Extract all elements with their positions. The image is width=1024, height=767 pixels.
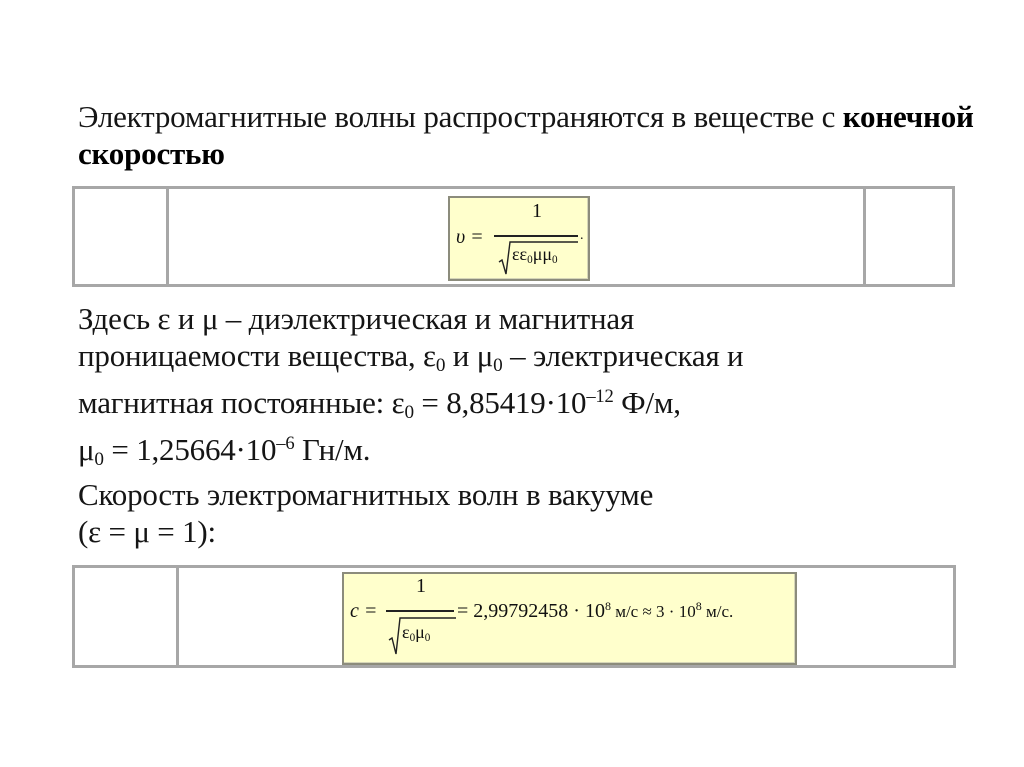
formula-lhs: υ =: [456, 226, 484, 249]
formula-radicand: εε0μμ0: [512, 244, 558, 266]
table-cell-left: [75, 189, 166, 284]
vacuum-line-1: Скорость электромагнитных волн в вакууме: [78, 476, 653, 513]
fraction-bar: [386, 610, 454, 612]
formula-table-1: υ = 1 . εε0μμ0: [72, 186, 955, 287]
formula-result: = 2,99792458 · 108 м/с ≈ 3 · 108 м/с.: [457, 600, 733, 623]
formula-radicand: ε0μ0: [402, 622, 430, 644]
constants-line-4: μ0 = 1,25664·10–6 Гн/м.: [78, 431, 743, 478]
constants-line-2: проницаемости вещества, ε0 и μ0 – электр…: [78, 337, 743, 384]
constants-paragraph: Здесь ε и μ – диэлектрическая и магнитна…: [78, 300, 743, 477]
formula-numerator: 1: [532, 200, 542, 223]
fraction-bar: [494, 235, 578, 237]
table-cell-formula: υ = 1 . εε0μμ0: [166, 189, 863, 284]
vacuum-paragraph: Скорость электромагнитных волн в вакууме…: [78, 476, 653, 550]
phase-velocity-formula: υ = 1 . εε0μμ0: [448, 196, 590, 281]
table-cell-formula: c = 1 ε0μ0 = 2,99792458 · 108 м/с ≈ 3 · …: [176, 568, 953, 665]
intro-text: Электромагнитные волны распространяются …: [78, 99, 843, 134]
formula-lhs: c =: [350, 600, 377, 623]
table-cell-right: [863, 189, 952, 284]
intro-paragraph: Электромагнитные волны распространяются …: [78, 98, 1024, 172]
vacuum-line-2: (ε = μ = 1):: [78, 513, 653, 550]
formula-numerator: 1: [416, 575, 426, 598]
table-cell-left: [75, 568, 176, 665]
formula-table-2: c = 1 ε0μ0 = 2,99792458 · 108 м/с ≈ 3 · …: [72, 565, 956, 668]
constants-line-1: Здесь ε и μ – диэлектрическая и магнитна…: [78, 300, 743, 337]
formula-period: .: [580, 228, 584, 244]
constants-line-3: магнитная постоянные: ε0 = 8,85419·10–12…: [78, 384, 743, 431]
speed-of-light-formula: c = 1 ε0μ0 = 2,99792458 · 108 м/с ≈ 3 · …: [342, 572, 797, 665]
